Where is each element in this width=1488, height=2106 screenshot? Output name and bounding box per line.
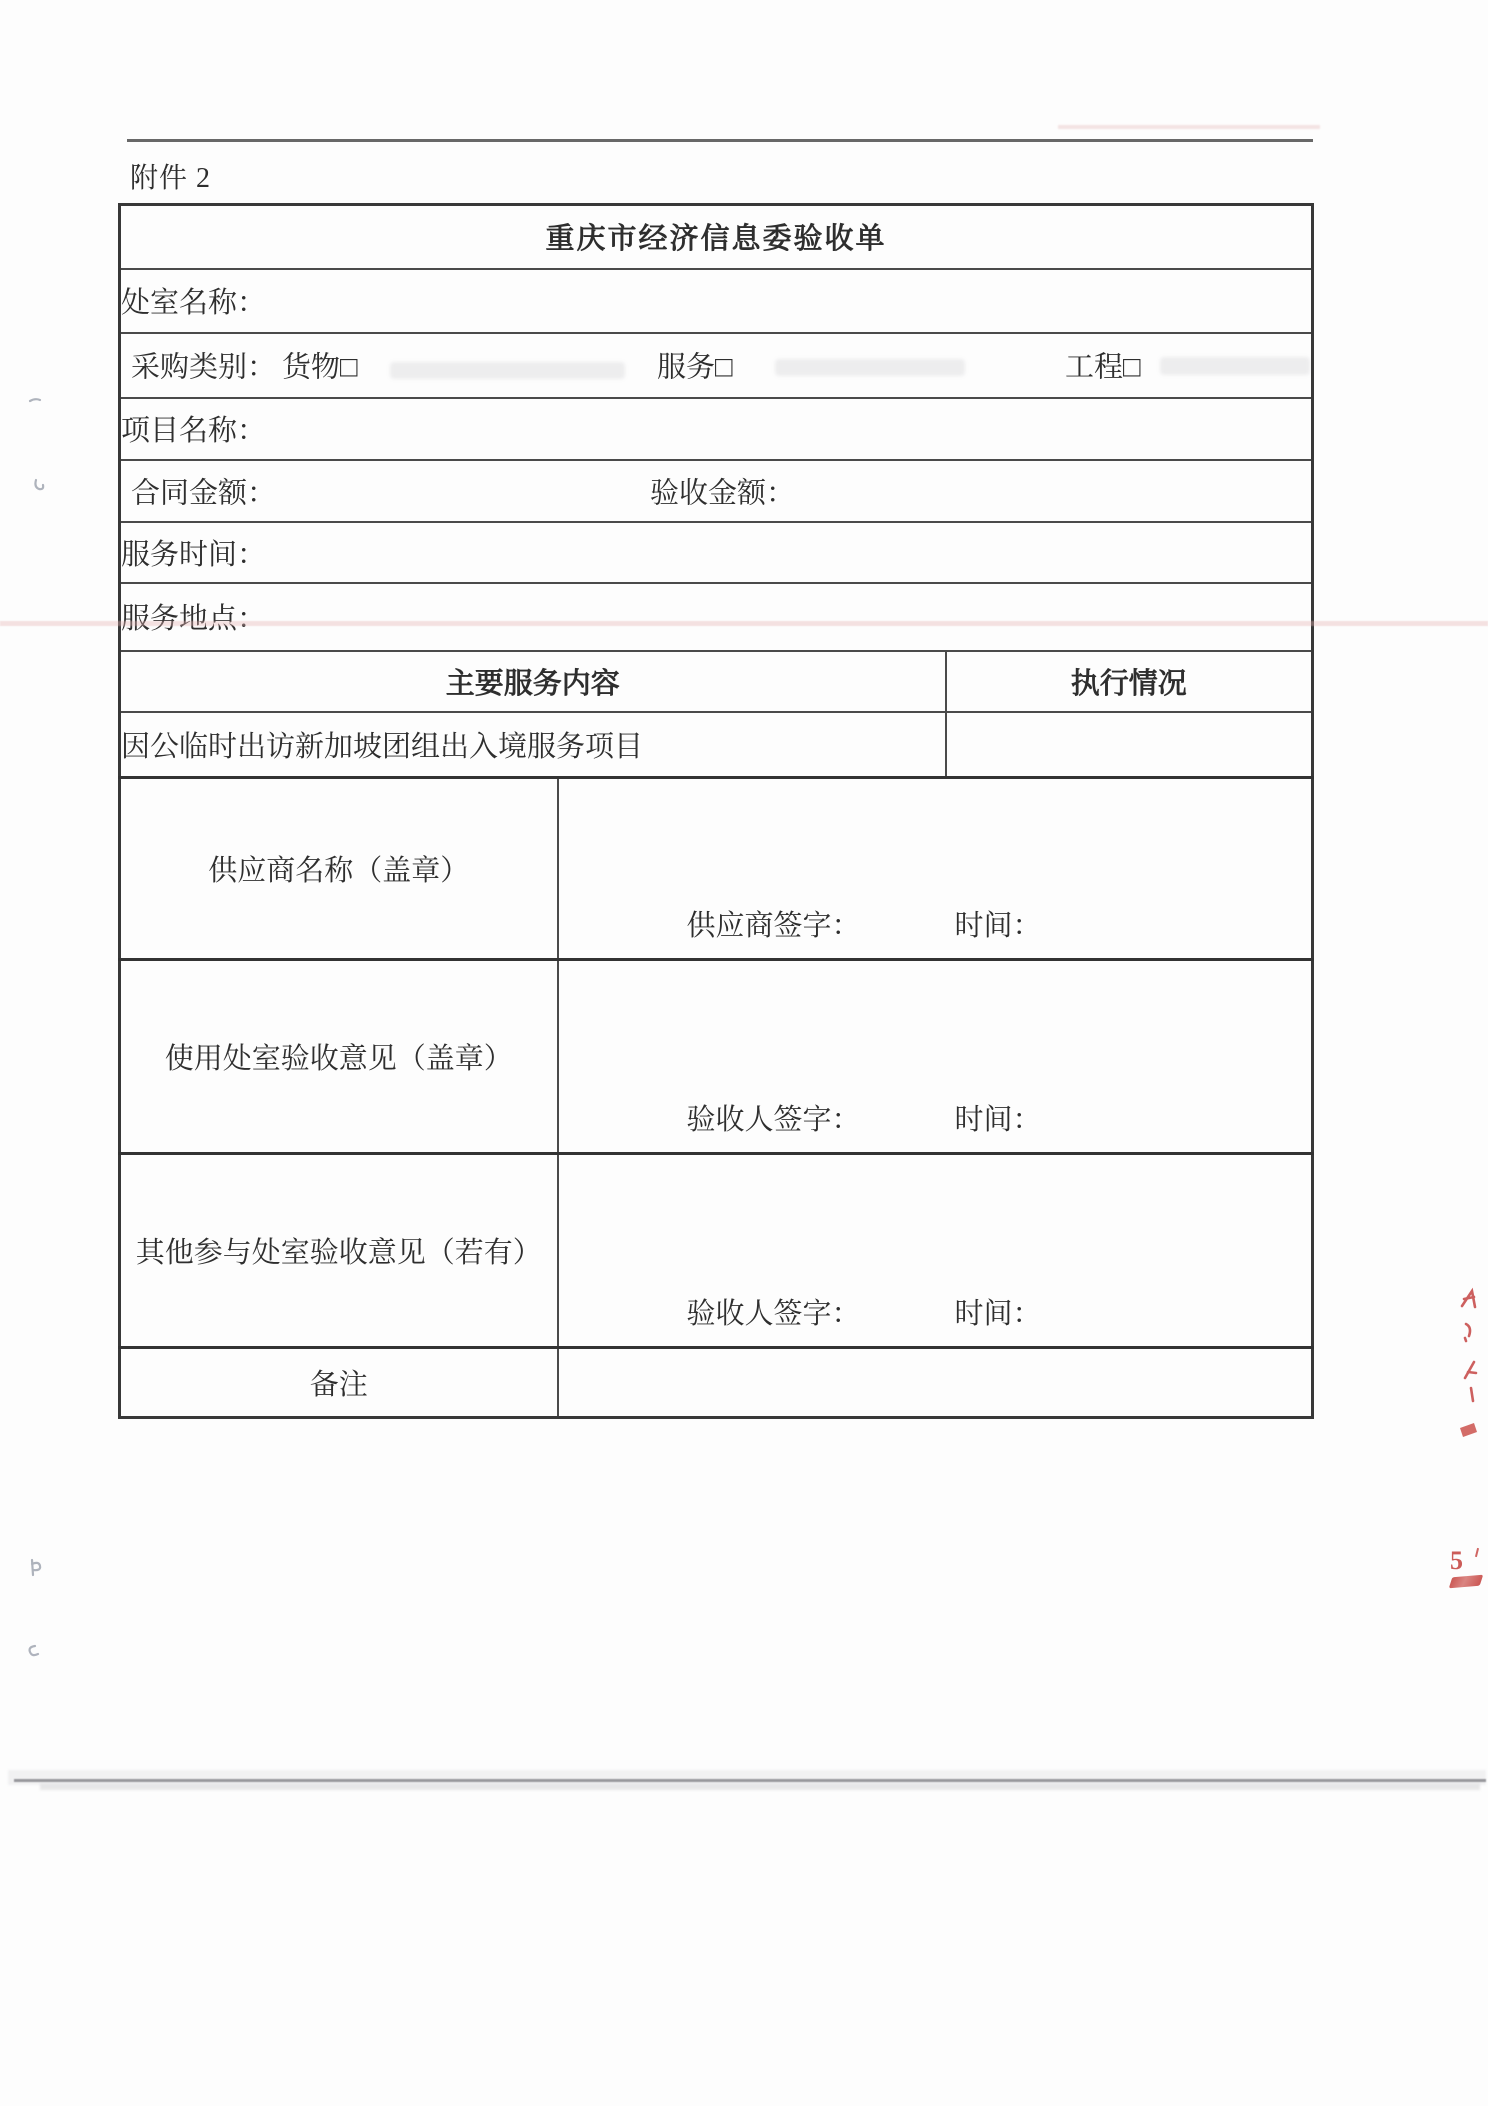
procurement-category-row: 采购类别： 货物□ 服务□ 工程□ bbox=[120, 333, 1313, 398]
service-header-row: 主要服务内容 执行情况 bbox=[120, 651, 1313, 712]
other-office-row: 其他参与处室验收意见（若有） 验收人签字： 时间： bbox=[120, 1154, 1313, 1348]
content-header-cell: 主要服务内容 bbox=[120, 651, 946, 712]
service-location-cell: 服务地点： bbox=[120, 583, 1313, 651]
category-service-checkbox: 服务□ bbox=[657, 345, 733, 386]
project-name-cell: 项目名称： bbox=[120, 398, 1313, 460]
contract-amount-label: 合同金额： bbox=[131, 470, 276, 511]
scan-streak-pink bbox=[0, 621, 1488, 626]
scanned-document-page: 附件 2 重庆市经济信息委验收单 处室名称： 采购类别： 货物□ 服务□ 工程□ bbox=[0, 0, 1488, 2106]
ink-bleed-smudge bbox=[775, 359, 965, 376]
scan-streak-pink-top bbox=[1058, 125, 1320, 129]
service-content-row: 因公临时出访新加坡团组出入境服务项目 bbox=[120, 712, 1313, 778]
supplier-sign-label: 供应商签字： bbox=[687, 903, 861, 944]
remarks-label-cell: 备注 bbox=[120, 1348, 558, 1418]
service-content-value: 因公临时出访新加坡团组出入境服务项目 bbox=[121, 731, 643, 763]
title-row: 重庆市经济信息委验收单 bbox=[120, 205, 1313, 269]
red-ink-tick bbox=[1475, 1548, 1479, 1557]
using-office-time-label: 时间： bbox=[955, 1097, 1042, 1138]
attachment-label: 附件 2 bbox=[130, 156, 211, 196]
supplier-time-label: 时间： bbox=[955, 903, 1042, 944]
scan-noise-line bbox=[14, 1779, 1486, 1782]
scan-noise-band bbox=[40, 1784, 1480, 1790]
service-location-label: 服务地点： bbox=[121, 603, 266, 635]
status-value-cell bbox=[946, 712, 1313, 778]
red-ink-blob bbox=[1449, 1575, 1483, 1589]
remarks-value-cell bbox=[558, 1348, 1313, 1418]
scan-noise-band bbox=[8, 1770, 1486, 1785]
office-name-cell: 处室名称： bbox=[120, 269, 1313, 333]
service-location-row: 服务地点： bbox=[120, 583, 1313, 651]
category-goods-checkbox: 货物□ bbox=[282, 345, 358, 386]
using-office-label-cell: 使用处室验收意见（盖章） bbox=[120, 960, 558, 1154]
project-name-row: 项目名称： bbox=[120, 398, 1313, 460]
acceptance-amount-label: 验收金额： bbox=[650, 470, 795, 511]
status-header-cell: 执行情况 bbox=[946, 651, 1313, 712]
other-office-signature-cell: 验收人签字： 时间： bbox=[558, 1154, 1313, 1348]
service-time-row: 服务时间： bbox=[120, 522, 1313, 583]
header-rule bbox=[127, 139, 1313, 142]
supplier-row: 供应商名称（盖章） 供应商签字： 时间： bbox=[120, 778, 1313, 960]
form-title: 重庆市经济信息委验收单 bbox=[120, 205, 1313, 269]
supplier-label-cell: 供应商名称（盖章） bbox=[120, 778, 558, 960]
category-engineering-checkbox: 工程□ bbox=[1065, 345, 1141, 386]
supplier-signature-cell: 供应商签字： 时间： bbox=[558, 778, 1313, 960]
project-name-label: 项目名称： bbox=[121, 415, 266, 447]
using-office-row: 使用处室验收意见（盖章） 验收人签字： 时间： bbox=[120, 960, 1313, 1154]
amounts-cell: 合同金额： 验收金额： bbox=[120, 460, 1313, 522]
amounts-row: 合同金额： 验收金额： bbox=[120, 460, 1313, 522]
pencil-speck-marks bbox=[22, 394, 52, 1664]
ink-bleed-smudge bbox=[1160, 357, 1310, 375]
office-name-label: 处室名称： bbox=[121, 287, 266, 319]
acceptance-form-table: 重庆市经济信息委验收单 处室名称： 采购类别： 货物□ 服务□ 工程□ 项目名称… bbox=[118, 203, 1314, 1419]
service-time-cell: 服务时间： bbox=[120, 522, 1313, 583]
procurement-category-cell: 采购类别： 货物□ 服务□ 工程□ bbox=[120, 333, 1313, 398]
category-label: 采购类别： bbox=[131, 345, 276, 386]
using-office-signature-cell: 验收人签字： 时间： bbox=[558, 960, 1313, 1154]
other-office-label-cell: 其他参与处室验收意见（若有） bbox=[120, 1154, 558, 1348]
service-content-cell: 因公临时出访新加坡团组出入境服务项目 bbox=[120, 712, 946, 778]
office-name-row: 处室名称： bbox=[120, 269, 1313, 333]
red-ink-number: 5 bbox=[1450, 1546, 1463, 1576]
service-time-label: 服务时间： bbox=[121, 539, 266, 571]
red-ink-marks bbox=[1444, 1284, 1488, 1449]
using-office-sign-label: 验收人签字： bbox=[687, 1097, 861, 1138]
other-office-time-label: 时间： bbox=[955, 1291, 1042, 1332]
remarks-row: 备注 bbox=[120, 1348, 1313, 1418]
ink-bleed-smudge bbox=[390, 362, 625, 379]
other-office-sign-label: 验收人签字： bbox=[687, 1291, 861, 1332]
